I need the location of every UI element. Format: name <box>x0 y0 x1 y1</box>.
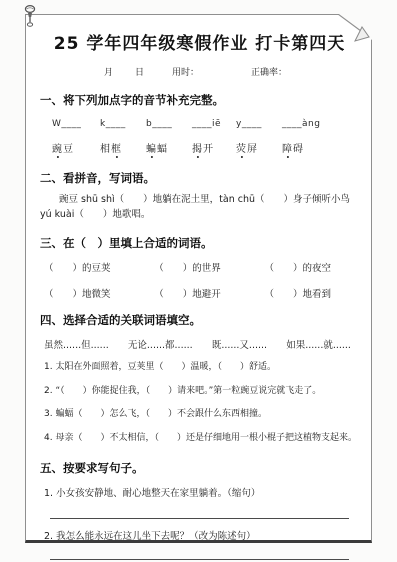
pinyin-blank: k____ <box>100 119 146 129</box>
section2-heading: 二、看拼音，写词语。 <box>40 170 359 186</box>
fill-item: （ ）的夜空 <box>264 260 359 274</box>
fill-item: （ ）地微笑 <box>44 286 154 300</box>
section5-heading: 五、按要求写句子。 <box>40 460 359 476</box>
pinyin-blank: b____ <box>146 119 192 129</box>
fill-item: （ ）的豆荚 <box>44 260 154 274</box>
question-item: 1. 太阳在外面照着，豆荚里（ ）温暖，（ ）舒适。 <box>44 361 359 375</box>
dotted-word: 豌豆 <box>52 140 100 155</box>
page-title: 25 学年四年级寒假作业 打卡第四天 <box>40 29 359 54</box>
worksheet-page: 25 学年四年级寒假作业 打卡第四天 月 日 用时： 正确率： 一、将下列加点字… <box>25 14 372 543</box>
dotted-word: 蝙蝠 <box>146 140 192 155</box>
meta-month-label: 月 <box>104 65 113 78</box>
meta-day-label: 日 <box>135 65 144 78</box>
connective-option: 虽然......但...... <box>44 337 109 351</box>
pinyin-blank: y____ <box>236 119 282 129</box>
dotted-char: 蝙 <box>146 140 157 155</box>
fill-item: （ ）地避开 <box>154 286 264 300</box>
section3-heading: 三、在（ ）里填上合适的词语。 <box>40 235 359 251</box>
dotted-word: 揭开 <box>192 140 236 155</box>
connective-option: 无论......都...... <box>128 337 193 351</box>
question-item: 1. 小女孩安静地、耐心地整天在家里躺着。（缩句） <box>44 487 359 501</box>
word-part: 蝠 <box>157 144 168 155</box>
dotted-word: 相框 <box>100 140 146 155</box>
meta-row: 月 日 用时： 正确率： <box>104 65 359 78</box>
word-part: 碍 <box>293 144 304 155</box>
pinyin-blank: ____iē <box>192 119 236 129</box>
meta-time-label: 用时： <box>172 65 199 78</box>
answer-line <box>50 518 349 519</box>
section4-heading: 四、选择合适的关联词语填空。 <box>40 312 359 328</box>
fill-item: （ ）的世界 <box>154 260 264 274</box>
dotted-word: 荧屏 <box>236 140 282 155</box>
dotted-word: 障碍 <box>282 140 342 155</box>
question-item: 4. 母亲（ ）不太相信，（ ）还是仔细地用一根小棍子把这植物支起来。 <box>44 432 359 446</box>
pinyin-blank: ____àng <box>282 119 342 129</box>
pushpin-icon <box>19 3 41 37</box>
dotted-char: 荧 <box>236 140 247 155</box>
fill-item: （ ）地看到 <box>264 286 359 300</box>
connective-option: 既......又...... <box>212 337 267 351</box>
question-item: 2. 我怎么能永远在这儿坐下去呢？（改为陈述句） <box>44 530 359 544</box>
section1-pinyin-grid: W____ k____ b____ ____iē y____ ____àng 豌… <box>52 119 359 155</box>
word-part: 屏 <box>247 144 258 155</box>
connective-option: 如果......就...... <box>286 337 351 351</box>
meta-accuracy-label: 正确率： <box>251 65 287 78</box>
pinyin-blank: W____ <box>52 119 100 129</box>
word-part: 相 <box>100 144 111 155</box>
section2-text: 豌豆 shū shì（ ）地躺在泥土里，tàn chū（ ）身子倾听小鸟 yú … <box>40 192 357 222</box>
dotted-char: 豌 <box>52 140 63 155</box>
dotted-char: 揭 <box>192 140 203 155</box>
word-part: 开 <box>203 144 214 155</box>
connective-options: 虽然......但...... 无论......都...... 既......又… <box>44 337 351 351</box>
dotted-char: 障 <box>282 140 293 155</box>
section1-heading: 一、将下列加点字的音节补充完整。 <box>40 92 359 108</box>
question-item: 2. “（ ）你能捉住我，（ ）请来吧。”第一粒豌豆说完就飞走了。 <box>44 385 359 399</box>
answer-line <box>50 559 349 560</box>
section3-fill-grid: （ ）的豆荚 （ ）的世界 （ ）的夜空 （ ）地微笑 （ ）地避开 （ ）地看… <box>44 260 359 300</box>
question-item: 3. 蝙蝠（ ）怎么飞，（ ）不会跟什么东西相撞。 <box>44 408 359 422</box>
word-part: 豆 <box>63 144 74 155</box>
dotted-char: 框 <box>111 140 122 155</box>
